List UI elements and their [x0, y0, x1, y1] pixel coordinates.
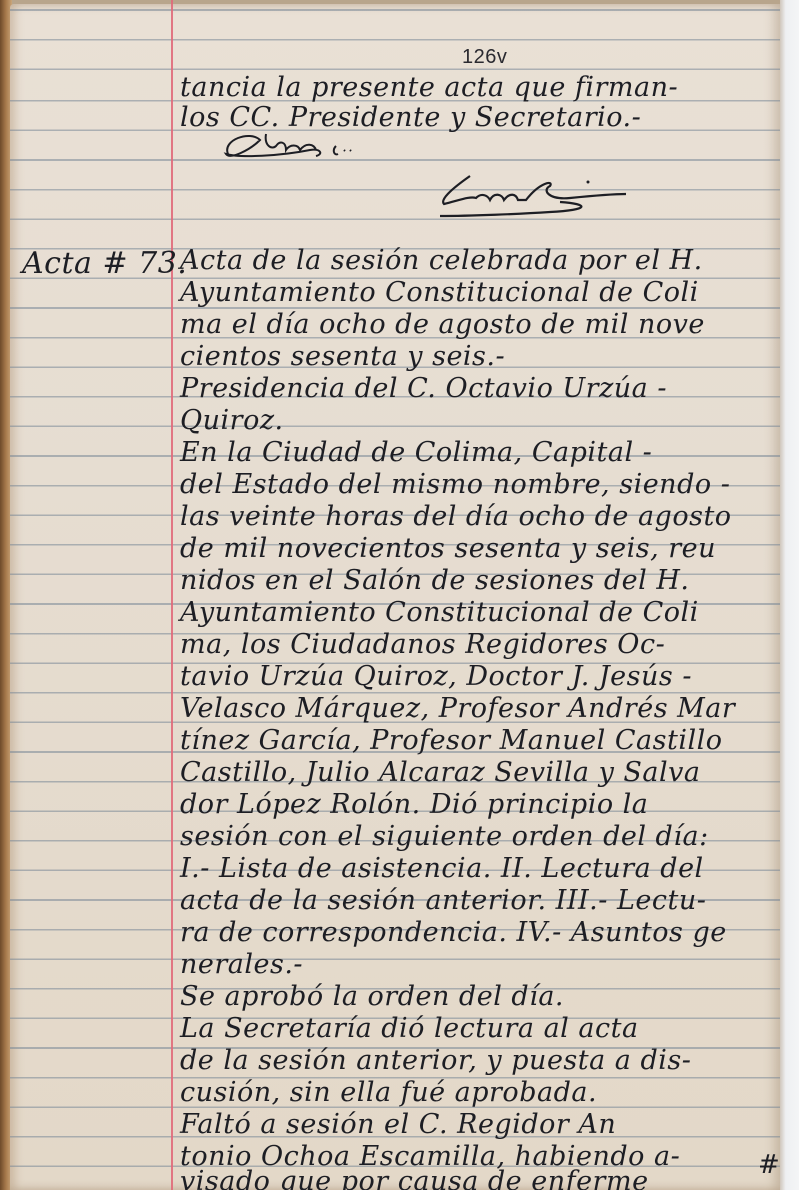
president-signature: [220, 120, 360, 166]
act-line: I.- Lista de asistencia. II. Lectura del: [180, 853, 704, 884]
act-line: La Secretaría dió lectura al acta: [180, 1013, 639, 1044]
closing-line-1: tancia la presente acta que firman-: [180, 72, 678, 103]
act-line: Castillo, Julio Alcaraz Sevilla y Salva: [180, 757, 701, 788]
act-line: visado que por causa de enferme: [180, 1166, 649, 1190]
act-line: Quiroz.: [180, 405, 284, 436]
act-line: cusión, sin ella fué aprobada.: [180, 1077, 597, 1108]
red-margin-line: [171, 0, 173, 1190]
act-line: las veinte horas del día ocho de agosto: [180, 501, 732, 532]
act-line: Presidencia del C. Octavio Urzúa -: [180, 373, 667, 404]
act-line: ra de correspondencia. IV.- Asuntos ge: [180, 917, 727, 948]
secretary-signature: [430, 170, 630, 220]
act-line: cientos sesenta y seis.-: [180, 341, 505, 372]
adjacent-page-edge: [780, 0, 799, 1190]
continuation-mark: #: [758, 1150, 780, 1180]
act-line: Se aprobó la orden del día.: [180, 981, 564, 1012]
act-line: nerales.-: [180, 949, 303, 980]
act-line: Acta de la sesión celebrada por el H.: [180, 245, 703, 276]
act-line: En la Ciudad de Colima, Capital -: [180, 437, 652, 468]
act-line: Ayuntamiento Constitucional de Coli: [180, 277, 699, 308]
act-line: de la sesión anterior, y puesta a dis-: [180, 1045, 691, 1076]
act-line: nidos en el Salón de sesiones del H.: [180, 565, 689, 596]
act-line: ma el día ocho de agosto de mil nove: [180, 309, 705, 340]
act-line: del Estado del mismo nombre, siendo -: [180, 469, 730, 500]
act-line: tínez García, Profesor Manuel Castillo: [180, 725, 723, 756]
act-line: dor López Rolón. Dió principio la: [180, 789, 648, 820]
act-line: Velasco Márquez, Profesor Andrés Mar: [180, 693, 735, 724]
act-line: acta de la sesión anterior. III.- Lectu-: [180, 885, 706, 916]
act-number-label: Acta # 73.: [22, 246, 187, 281]
act-line: de mil novecientos sesenta y seis, reu: [180, 533, 716, 564]
act-line: ma, los Ciudadanos Regidores Oc-: [180, 629, 665, 660]
act-line: Ayuntamiento Constitucional de Coli: [180, 597, 699, 628]
act-line: Faltó a sesión el C. Regidor An: [180, 1109, 616, 1140]
act-line: sesión con el siguiente orden del día:: [180, 821, 709, 852]
act-line: tavio Urzúa Quiroz, Doctor J. Jesús -: [180, 661, 692, 692]
folio-number: 126v: [462, 46, 507, 69]
